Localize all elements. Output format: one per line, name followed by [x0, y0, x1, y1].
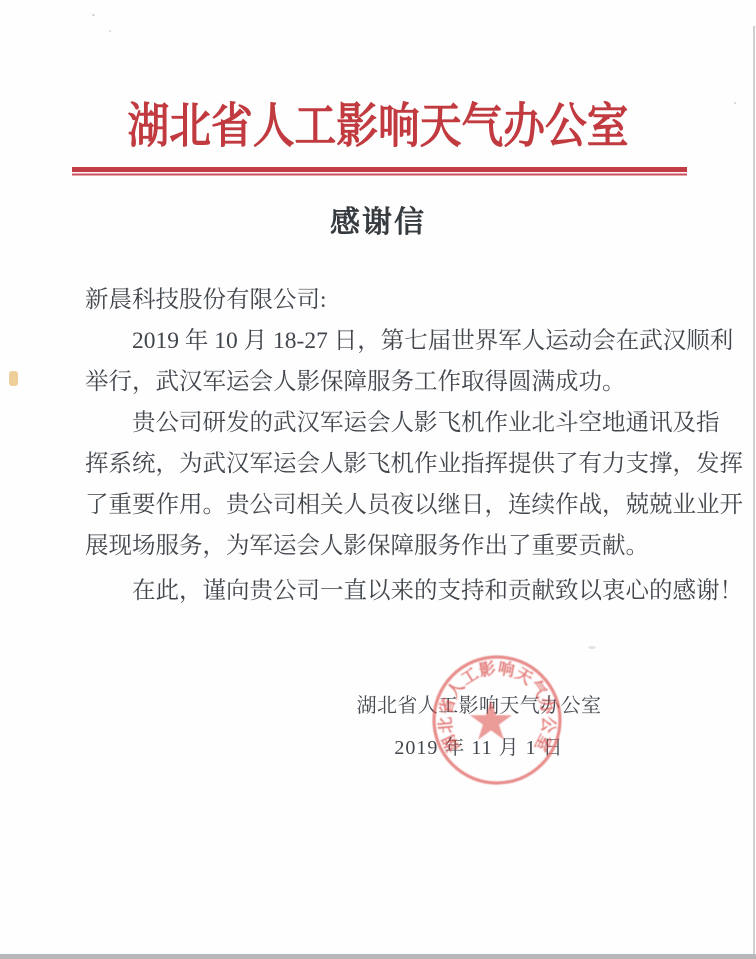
- paragraph2-line: 展现场服务，为军运会人影保障服务作出了重要贡献。: [85, 526, 679, 567]
- letter-title: 感谢信: [0, 204, 756, 242]
- paragraph2-line: 了重要作用。贵公司相关人员夜以继日，连续作战，兢兢业业开: [85, 485, 679, 526]
- letter-body: 新晨科技股份有限公司: 2019 年 10 月 18-27 日，第七届世界军人运…: [85, 280, 679, 612]
- scan-speck: [734, 102, 736, 104]
- scan-speck: [92, 14, 95, 16]
- scan-speck: [9, 371, 18, 386]
- closing-line: 在此，谨向贵公司一直以来的支持和贡献致以衷心的感谢！: [85, 571, 679, 612]
- paragraph1-line: 2019 年 10 月 18-27 日，第七届世界军人运动会在武汉顺利: [85, 321, 679, 362]
- signature-org: 湖北省人工影响天气办公室: [356, 693, 602, 719]
- scanned-letter-page: 湖北省人工影响天气办公室 感谢信 新晨科技股份有限公司: 2019 年 10 月…: [0, 0, 756, 959]
- scan-speck: [588, 646, 596, 649]
- paragraph2-line: 贵公司研发的武汉军运会人影飞机作业北斗空地通讯及指: [85, 403, 679, 444]
- salutation: 新晨科技股份有限公司:: [85, 280, 679, 321]
- scan-edge-bottom: [0, 954, 756, 959]
- scan-edge-right: [753, 26, 755, 954]
- signature-block: 湖北省人工影响天气办公室 2019 年 11 月 1 日: [356, 693, 602, 761]
- letterhead-org-name: 湖北省人工影响天气办公室: [0, 99, 756, 155]
- signature-date: 2019 年 11 月 1 日: [356, 735, 602, 761]
- letterhead-divider-rule: [72, 167, 687, 176]
- scan-speck: [109, 30, 111, 32]
- letterhead-org-name-text: 湖北省人工影响天气办公室: [127, 99, 628, 155]
- paragraph2-line: 挥系统，为武汉军运会人影飞机作业指挥提供了有力支撑，发挥: [85, 444, 679, 485]
- paragraph1-line: 举行，武汉军运会人影保障服务工作取得圆满成功。: [85, 362, 679, 403]
